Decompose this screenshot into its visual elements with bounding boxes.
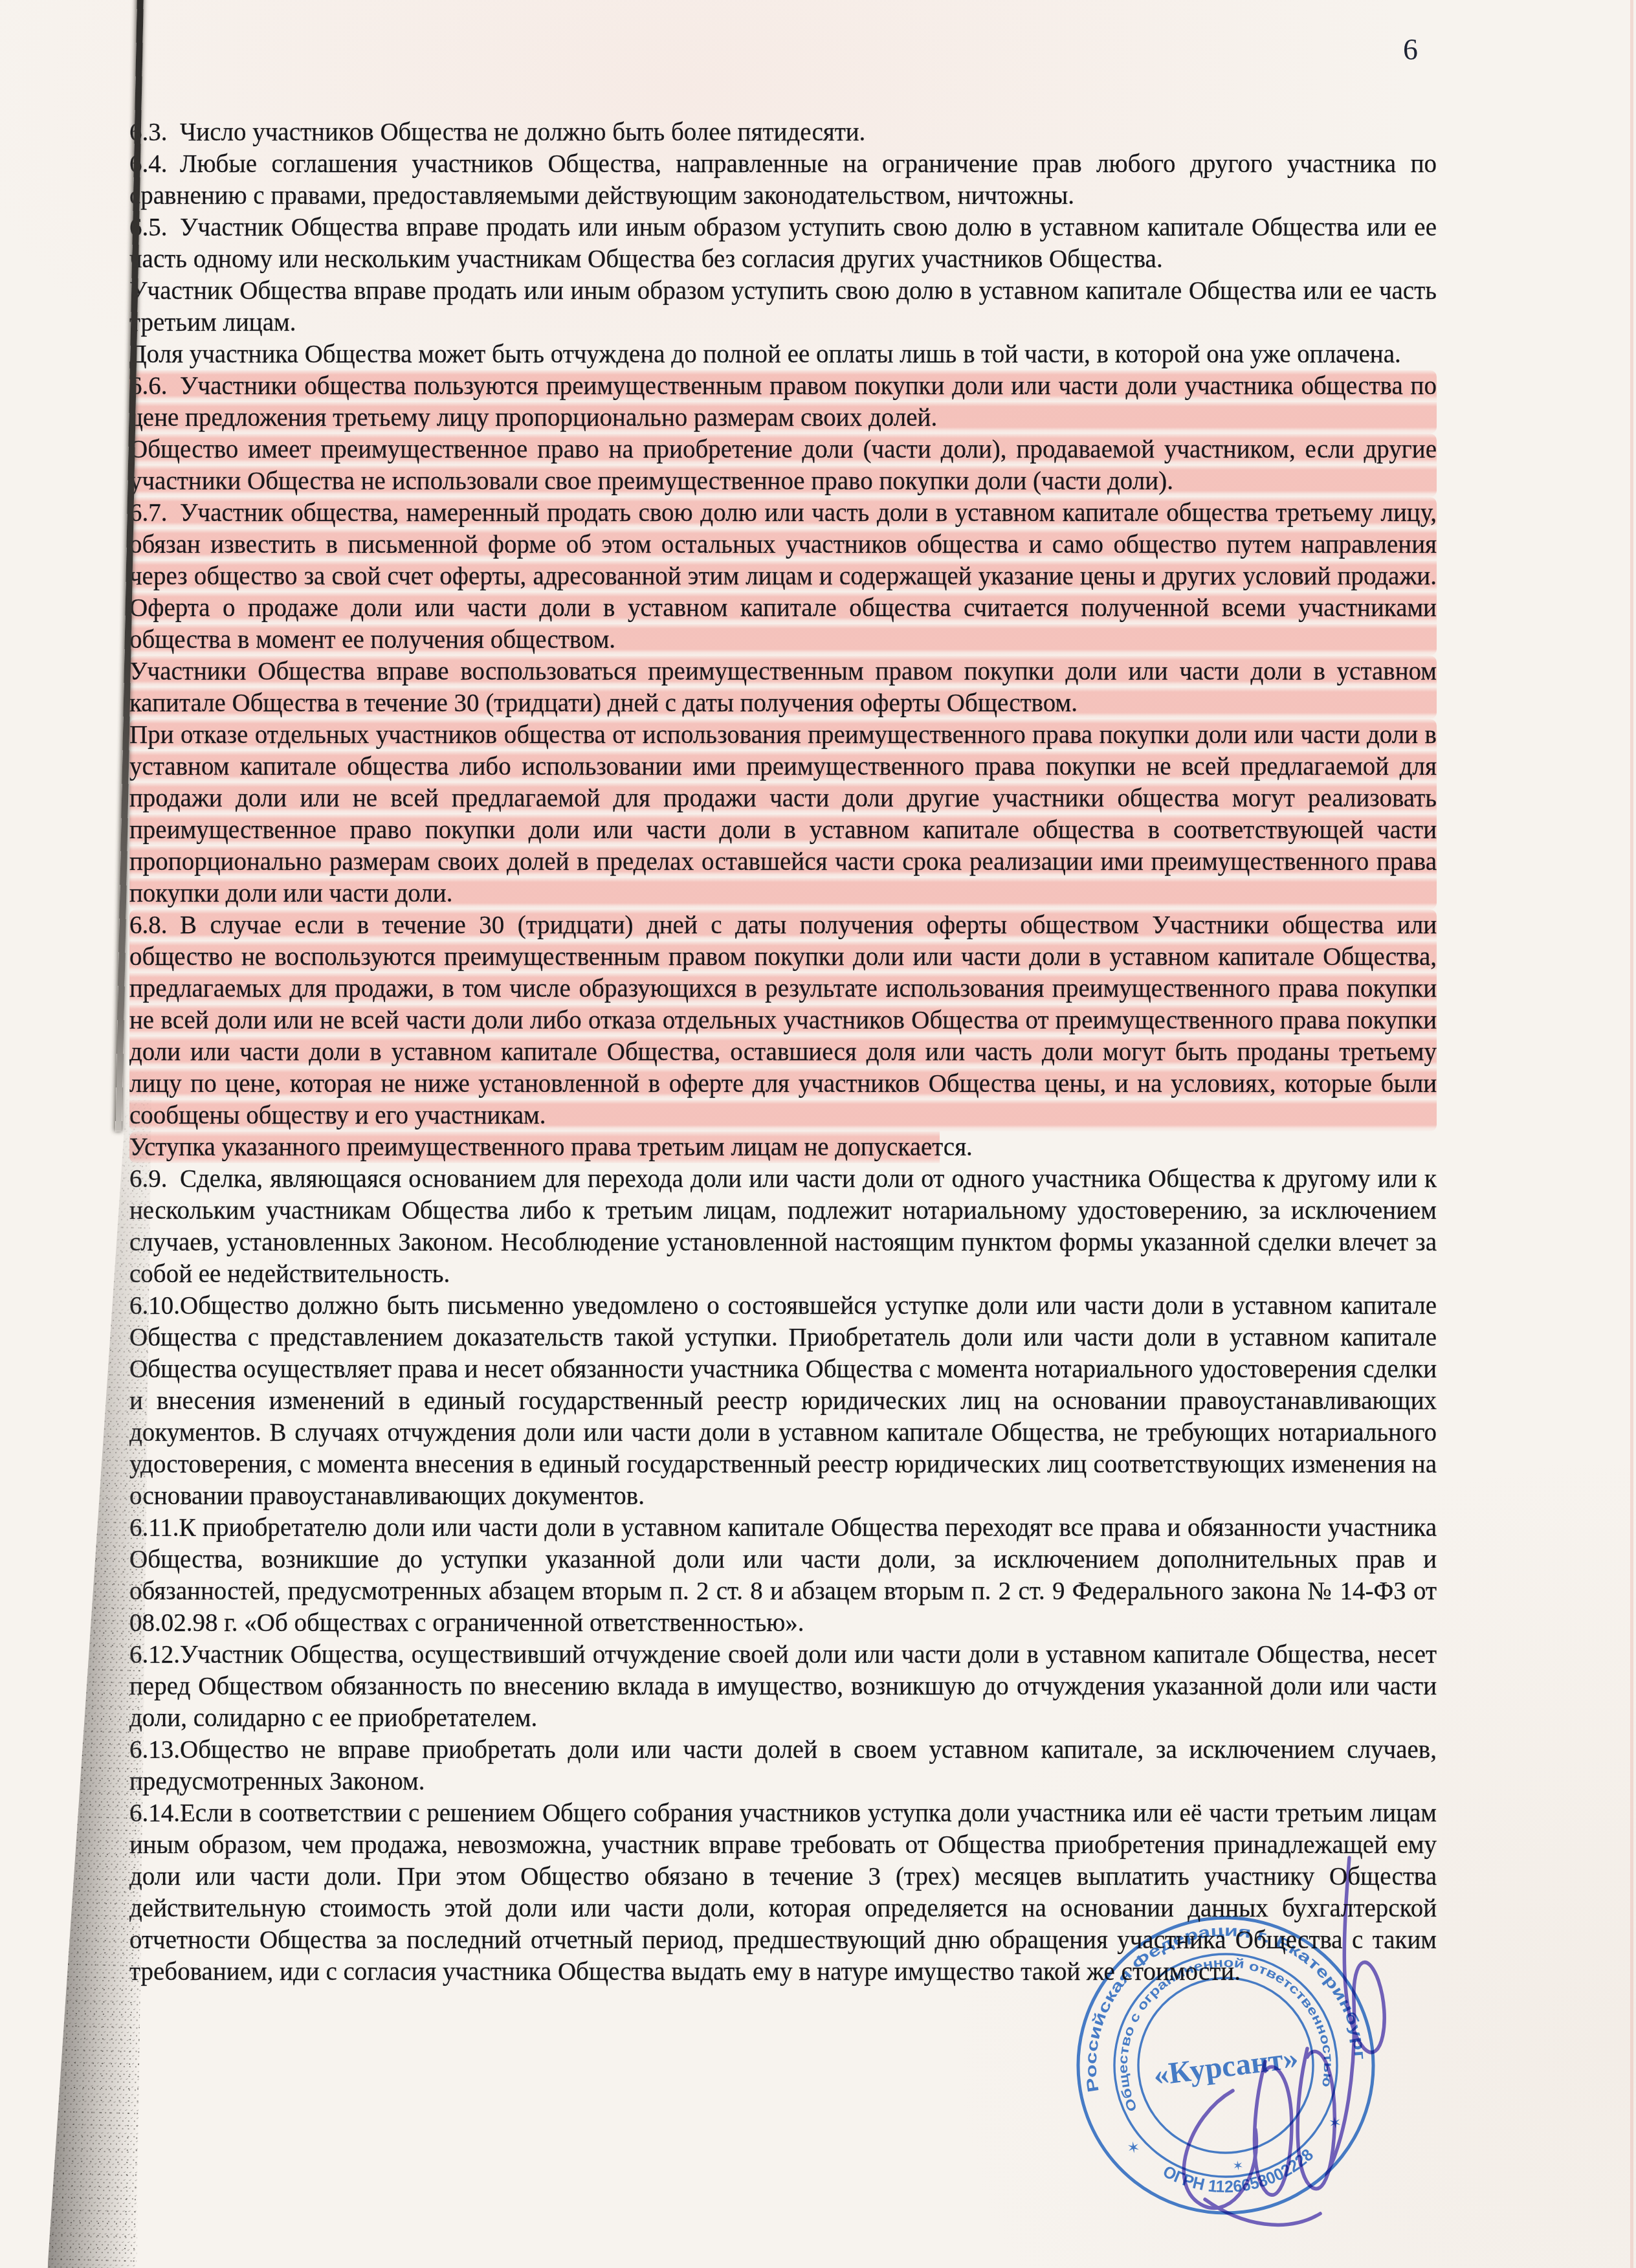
- para-6-12: 6.12.Участник Общества, осуществивший от…: [129, 1639, 1437, 1734]
- page-number: 6: [1403, 32, 1418, 67]
- document-body: 6.3. Число участников Общества не должно…: [129, 117, 1437, 1988]
- para-6-6-cont: Общество имеет преимущественное право на…: [129, 434, 1437, 497]
- para-6-8-cont: Уступка указанного преимущественного пра…: [129, 1131, 1437, 1163]
- para-6-13: 6.13.Общество не вправе приобретать доли…: [129, 1734, 1437, 1797]
- signature: [1094, 1819, 1417, 2268]
- para-6-10: 6.10.Общество должно быть письменно увед…: [129, 1290, 1437, 1512]
- para-6-8: 6.8. В случае если в течение 30 (тридцат…: [129, 909, 1437, 1131]
- para-6-5-cont-2: Доля участника Общества может быть отчуж…: [129, 339, 1437, 370]
- para-6-11: 6.11.К приобретателю доли или части доли…: [129, 1512, 1437, 1639]
- para-6-5: 6.5. Участник Общества вправе продать ил…: [129, 212, 1437, 275]
- scanned-page: 6 6.3. Число участников Общества не долж…: [0, 0, 1636, 2268]
- para-6-6: 6.6. Участники общества пользуются преим…: [129, 370, 1437, 434]
- scan-right-edge: [1630, 0, 1633, 2268]
- para-6-3: 6.3. Число участников Общества не должно…: [129, 117, 1437, 148]
- para-6-7: 6.7. Участник общества, намеренный прода…: [129, 497, 1437, 656]
- para-6-4: 6.4. Любые соглашения участников Обществ…: [129, 148, 1437, 212]
- para-6-7-cont-2: При отказе отдельных участников общества…: [129, 719, 1437, 909]
- para-6-7-cont: Участники Общества вправе воспользоватьс…: [129, 656, 1437, 719]
- signature-strokes: [1184, 1858, 1384, 2225]
- para-6-5-cont-1: Участник Общества вправе продать или ины…: [129, 275, 1437, 339]
- para-6-9: 6.9. Сделка, являющаяся основанием для п…: [129, 1163, 1437, 1290]
